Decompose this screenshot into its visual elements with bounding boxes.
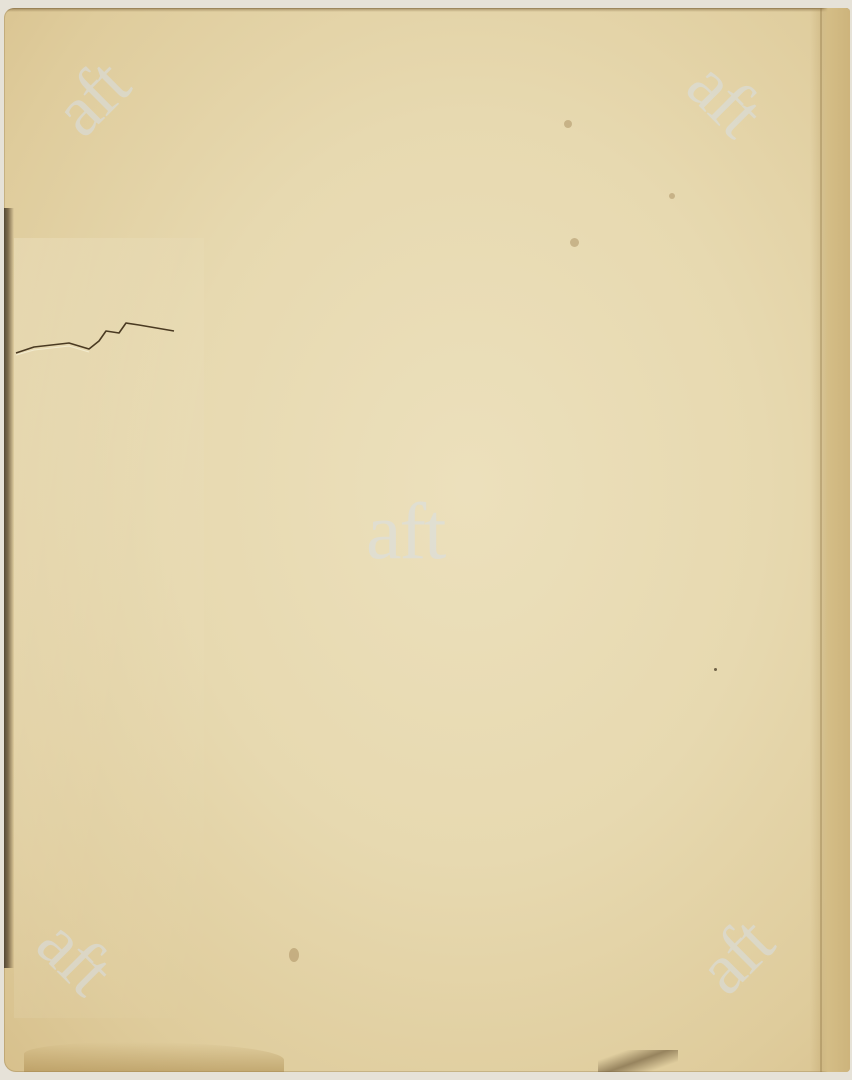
- watermark-center: aft: [366, 492, 444, 572]
- left-binding-edge: [4, 208, 14, 968]
- foxing-spot: [570, 238, 579, 247]
- bottom-tear: [598, 1050, 678, 1072]
- foxing-spot: [564, 120, 572, 128]
- tear-crack: [14, 313, 184, 363]
- foxing-spot: [289, 948, 299, 962]
- foxing-spot: [714, 668, 717, 671]
- right-spine-strip: [810, 8, 850, 1072]
- top-edge-shadow: [4, 8, 850, 12]
- foxing-spot: [669, 193, 675, 199]
- spine-line: [820, 8, 822, 1072]
- water-stain: [24, 1042, 284, 1072]
